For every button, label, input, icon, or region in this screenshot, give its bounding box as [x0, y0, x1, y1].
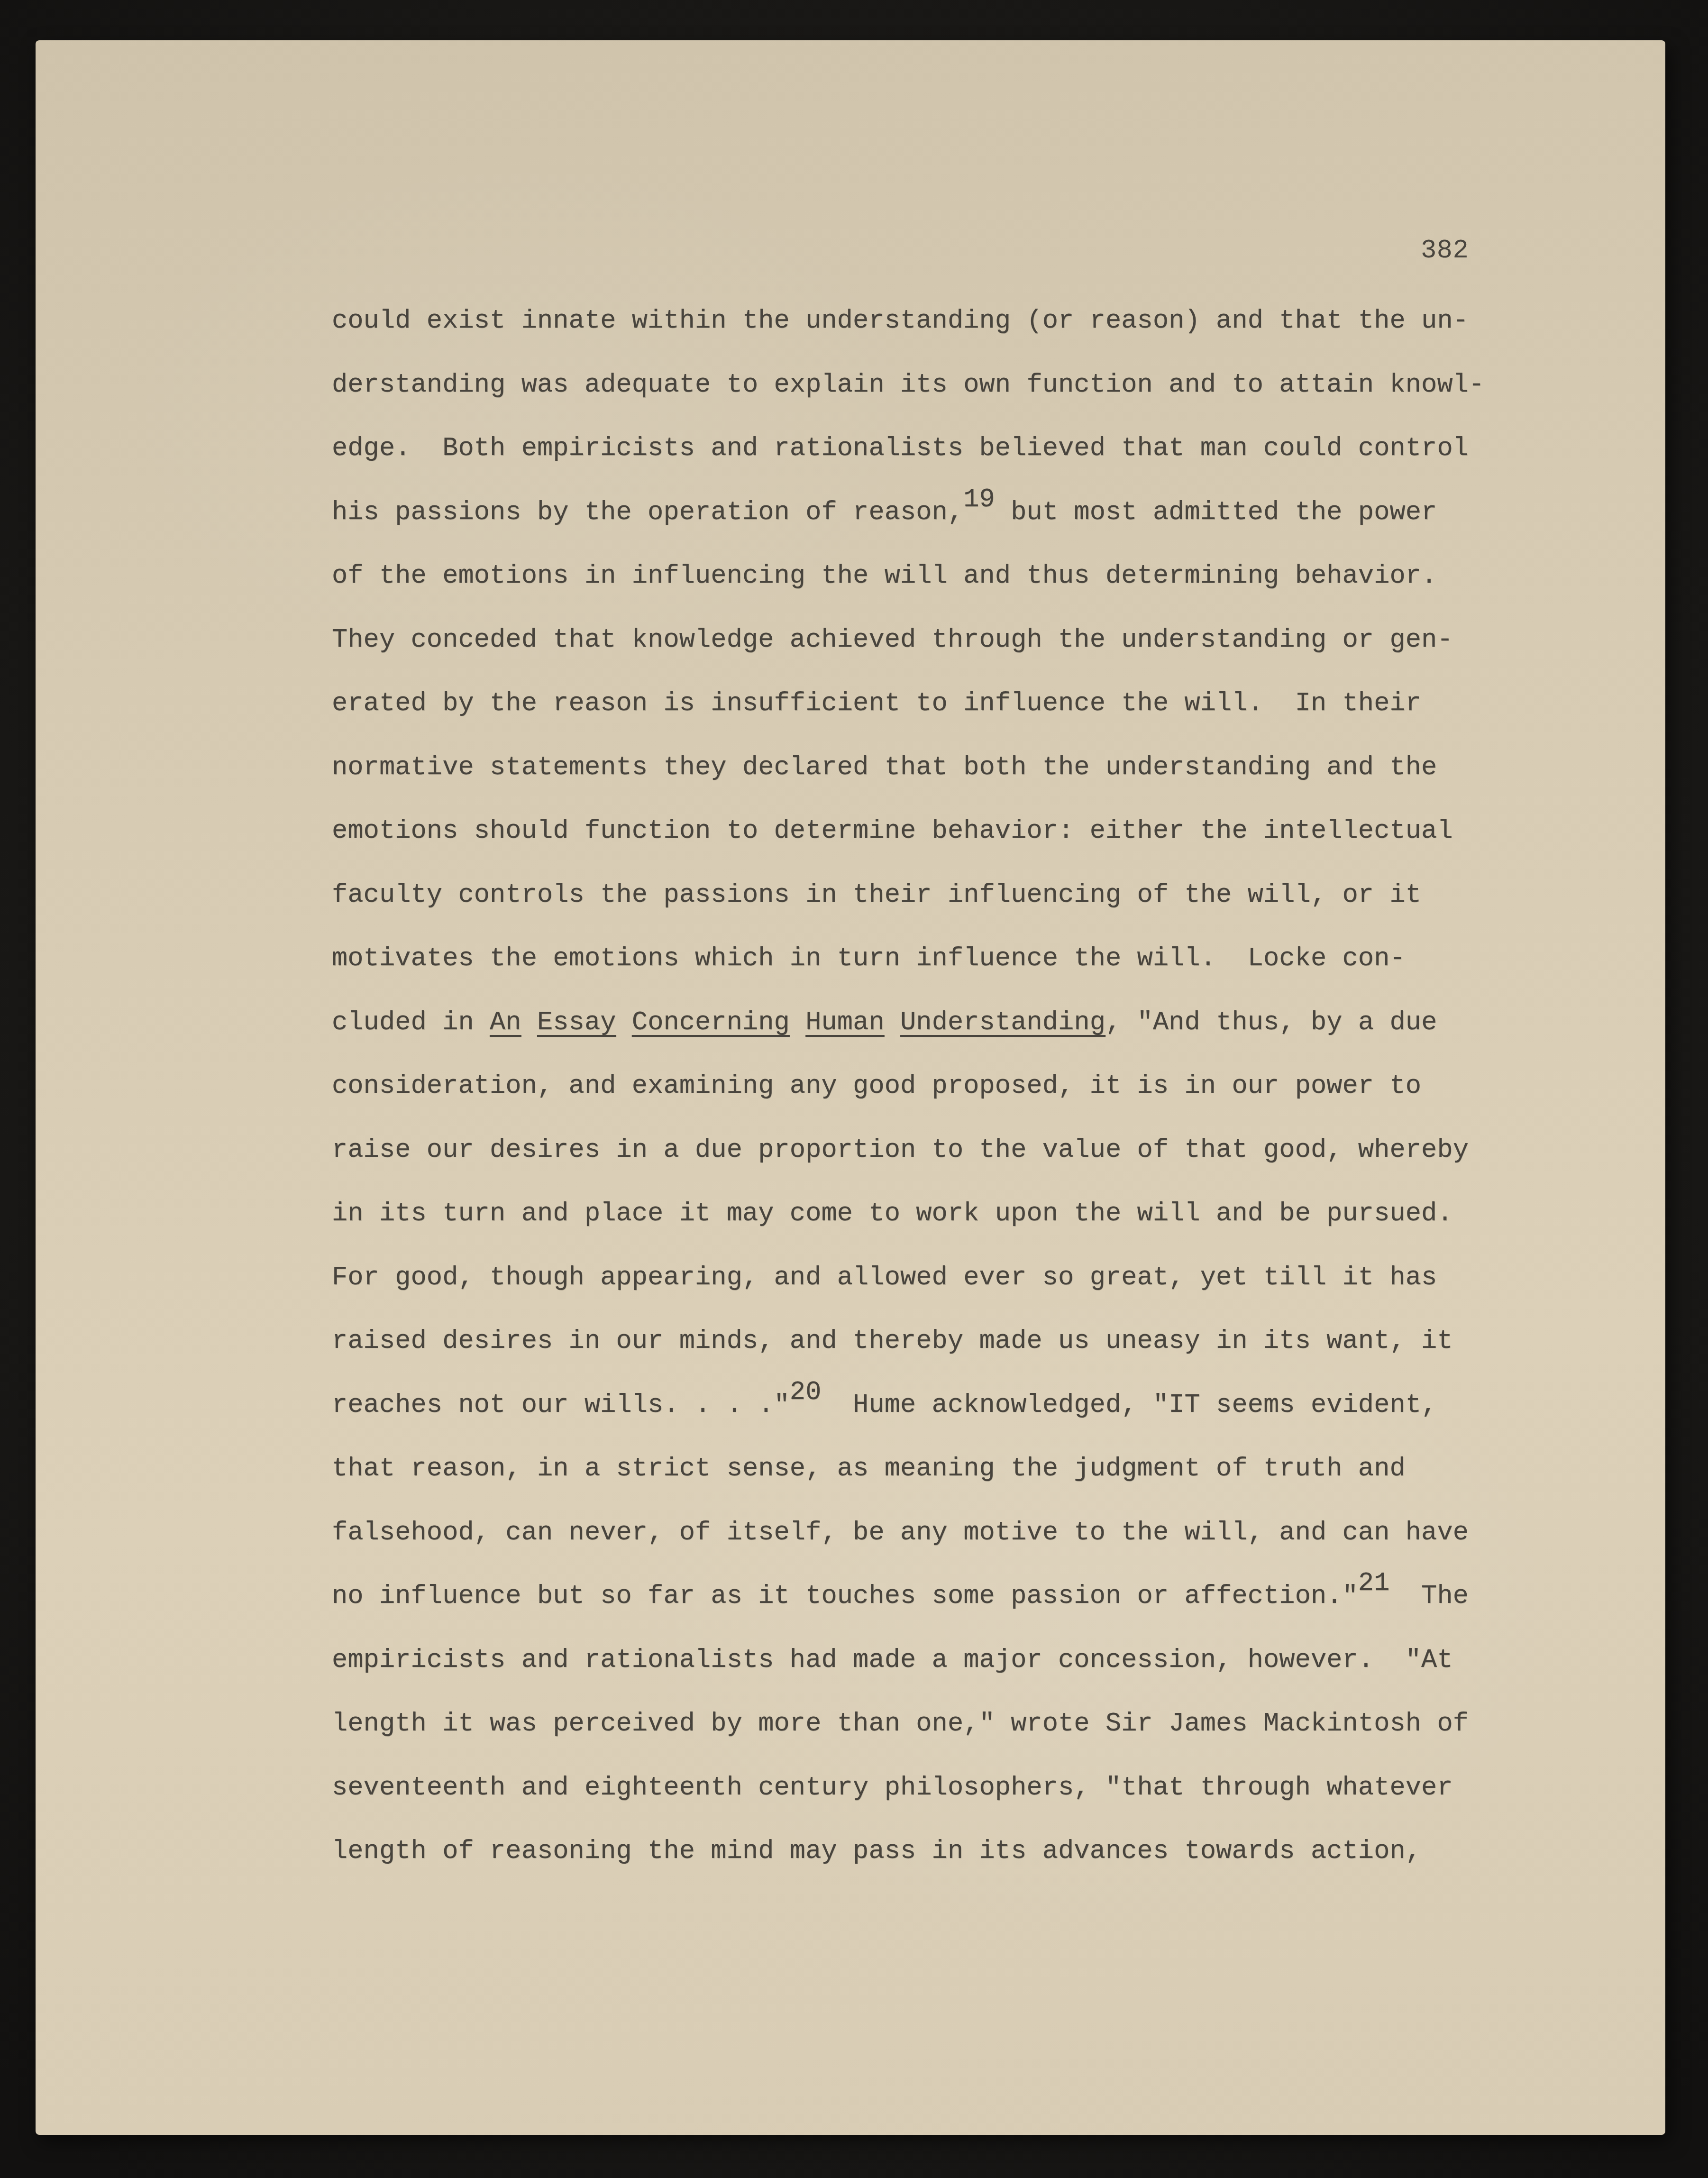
- text-line: seventeenth and eighteenth century philo…: [332, 1756, 1574, 1820]
- underlined-title: Understanding: [900, 1007, 1105, 1037]
- text-line: normative statements they declared that …: [332, 736, 1574, 800]
- text-line: derstanding was adequate to explain its …: [332, 353, 1574, 417]
- text-line: cluded in An Essay Concerning Human Unde…: [332, 991, 1574, 1055]
- text-line: consideration, and examining any good pr…: [332, 1054, 1574, 1118]
- text-segment: but most admitted the power: [995, 497, 1437, 527]
- text-segment: For good, though appearing, and allowed …: [332, 1263, 1437, 1292]
- text-segment: length it was perceived by more than one…: [332, 1709, 1469, 1739]
- body-text: could exist innate within the understand…: [332, 289, 1574, 1884]
- text-segment: [885, 1007, 900, 1037]
- text-segment: cluded in: [332, 1007, 490, 1037]
- text-segment: motivates the emotions which in turn inf…: [332, 943, 1406, 973]
- text-segment: that reason, in a strict sense, as meani…: [332, 1454, 1406, 1483]
- footnote-reference: 20: [790, 1377, 822, 1407]
- text-segment: consideration, and examining any good pr…: [332, 1071, 1421, 1101]
- text-line: emotions should function to determine be…: [332, 799, 1574, 863]
- text-line: motivates the emotions which in turn inf…: [332, 927, 1574, 991]
- text-line: erated by the reason is insufficient to …: [332, 672, 1574, 736]
- text-segment: They conceded that knowledge achieved th…: [332, 625, 1453, 655]
- text-line: in its turn and place it may come to wor…: [332, 1182, 1574, 1246]
- text-segment: emotions should function to determine be…: [332, 816, 1453, 846]
- text-line: raised desires in our minds, and thereby…: [332, 1309, 1574, 1373]
- text-segment: faculty controls the passions in their i…: [332, 880, 1421, 910]
- text-line: They conceded that knowledge achieved th…: [332, 608, 1574, 672]
- text-segment: his passions by the operation of reason,: [332, 497, 963, 527]
- underlined-title: Concerning: [632, 1007, 790, 1037]
- text-segment: [521, 1007, 537, 1037]
- text-segment: raised desires in our minds, and thereby…: [332, 1326, 1453, 1356]
- text-segment: , "And thus, by a due: [1105, 1007, 1437, 1037]
- text-segment: derstanding was adequate to explain its …: [332, 370, 1484, 400]
- underlined-title: Human: [805, 1007, 885, 1037]
- footnote-reference: 21: [1358, 1568, 1390, 1598]
- text-line: falsehood, can never, of itself, be any …: [332, 1501, 1574, 1565]
- text-line: no influence but so far as it touches so…: [332, 1565, 1574, 1629]
- text-segment: [616, 1007, 632, 1037]
- text-segment: reaches not our wills. . . .": [332, 1390, 790, 1420]
- page-number: 382: [1421, 238, 1469, 264]
- text-line: length it was perceived by more than one…: [332, 1692, 1574, 1756]
- underlined-title: An: [490, 1007, 521, 1037]
- underlined-title: Essay: [537, 1007, 616, 1037]
- scan-background: { "page": { "number": "382", "paper_colo…: [0, 0, 1708, 2178]
- text-segment: The: [1389, 1581, 1469, 1611]
- footnote-reference: 19: [963, 485, 995, 514]
- text-segment: in its turn and place it may come to wor…: [332, 1199, 1453, 1228]
- text-line: his passions by the operation of reason,…: [332, 481, 1574, 545]
- text-line: raise our desires in a due proportion to…: [332, 1118, 1574, 1182]
- text-segment: [790, 1007, 805, 1037]
- document-page: 382 could exist innate within the unders…: [36, 40, 1665, 2135]
- text-line: could exist innate within the understand…: [332, 289, 1574, 353]
- text-segment: length of reasoning the mind may pass in…: [332, 1836, 1421, 1866]
- text-segment: seventeenth and eighteenth century philo…: [332, 1773, 1453, 1803]
- text-line: of the emotions in influencing the will …: [332, 544, 1574, 608]
- text-line: that reason, in a strict sense, as meani…: [332, 1437, 1574, 1501]
- text-segment: could exist innate within the understand…: [332, 306, 1469, 336]
- text-line: faculty controls the passions in their i…: [332, 863, 1574, 927]
- text-segment: edge. Both empiricists and rationalists …: [332, 433, 1469, 463]
- text-line: reaches not our wills. . . ."20 Hume ack…: [332, 1373, 1574, 1437]
- text-segment: falsehood, can never, of itself, be any …: [332, 1518, 1469, 1547]
- text-line: length of reasoning the mind may pass in…: [332, 1820, 1574, 1884]
- text-line: empiricists and rationalists had made a …: [332, 1629, 1574, 1693]
- text-segment: raise our desires in a due proportion to…: [332, 1135, 1469, 1165]
- text-line: For good, though appearing, and allowed …: [332, 1246, 1574, 1310]
- text-segment: erated by the reason is insufficient to …: [332, 688, 1421, 718]
- text-segment: of the emotions in influencing the will …: [332, 561, 1437, 591]
- text-segment: normative statements they declared that …: [332, 752, 1437, 782]
- text-segment: no influence but so far as it touches so…: [332, 1581, 1358, 1611]
- text-line: edge. Both empiricists and rationalists …: [332, 417, 1574, 481]
- text-segment: empiricists and rationalists had made a …: [332, 1645, 1453, 1675]
- text-segment: Hume acknowledged, "IT seems evident,: [821, 1390, 1437, 1420]
